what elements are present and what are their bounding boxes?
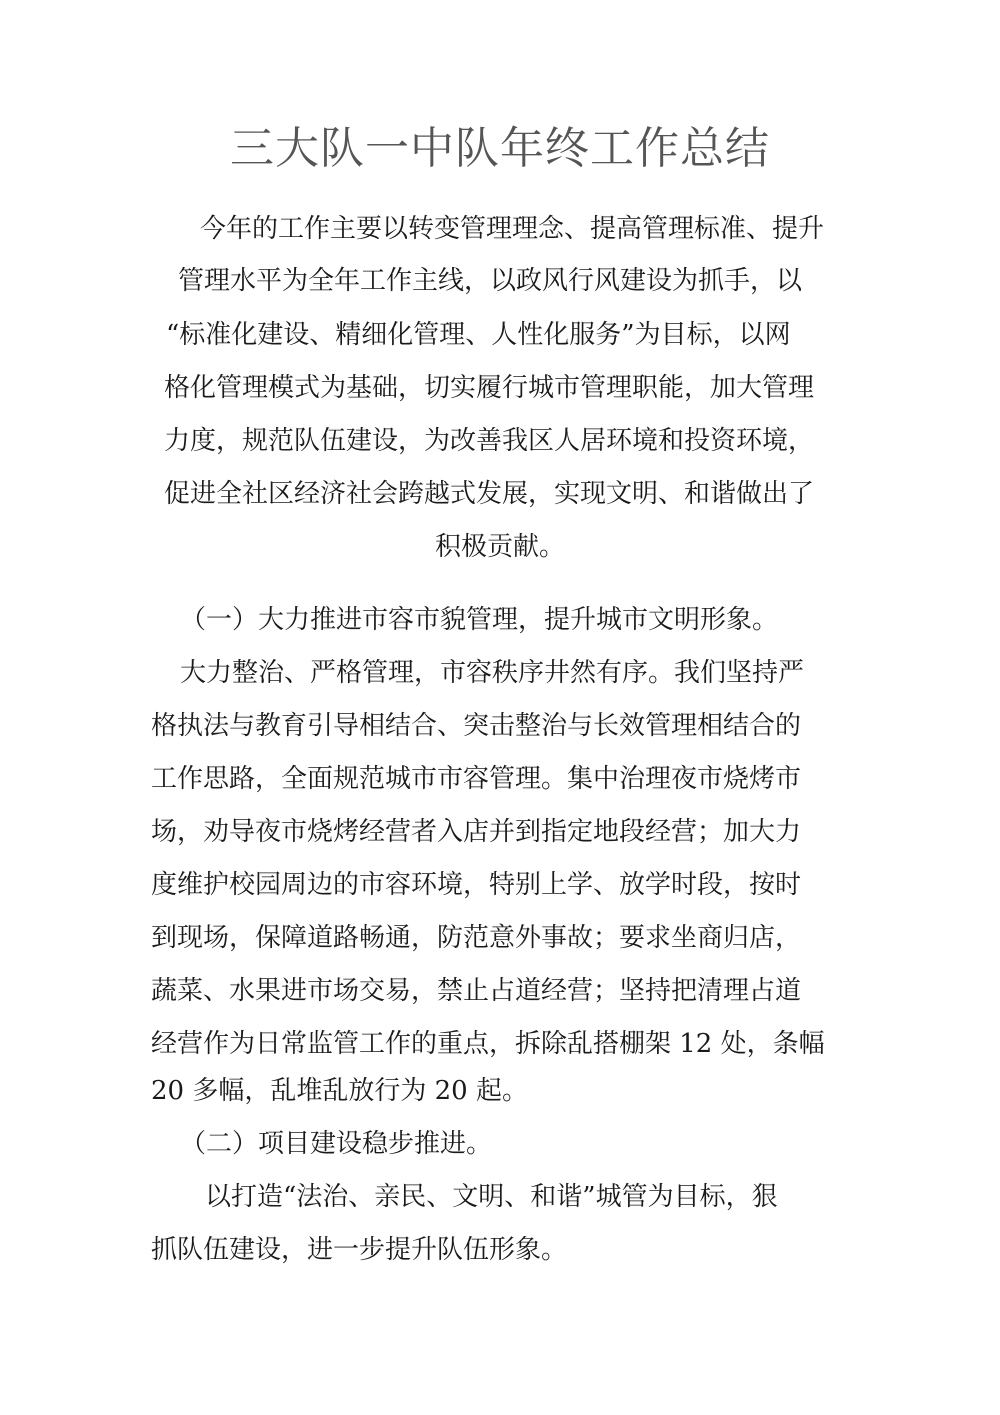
section-line: 以打造“法治、亲民、文明、和谐”城管为目标，狠 xyxy=(205,1184,778,1210)
section-line: 到现场，保障道路畅通，防范意外事故；要求坐商归店， xyxy=(151,925,801,951)
section-line: 20 多幅，乱堆乱放行为 20 起。 xyxy=(151,1078,528,1104)
section-line: 度维护校园周边的市容环境，特别上学、放学时段，按时 xyxy=(151,872,801,898)
section-line: 蔬菜、水果进市场交易，禁止占道经营；坚持把清理占道 xyxy=(151,978,801,1004)
section-line: 格执法与教育引导相结合、突击整治与长效管理相结合的 xyxy=(151,713,801,739)
intro-line: 管理水平为全年工作主线，以政风行风建设为抓手，以 xyxy=(178,268,802,294)
section-line: 大力整治、严格管理，市容秩序井然有序。我们坚持严 xyxy=(180,660,804,686)
section-line: 抓队伍建设，进一步提升队伍形象。 xyxy=(151,1237,567,1263)
section-heading: （二）项目建设稳步推进。 xyxy=(180,1131,492,1157)
document-title: 三大队一中队年终工作总结 xyxy=(0,112,1000,176)
section-line: 场，劝导夜市烧烤经营者入店并到指定地段经营；加大力 xyxy=(151,819,801,845)
section-heading: （一）大力推进市容市貌管理，提升城市文明形象。 xyxy=(180,607,778,633)
intro-line: 今年的工作主要以转变管理理念、提高管理标准、提升 xyxy=(200,216,824,242)
intro-line: 促进全社区经济社会跨越式发展，实现文明、和谐做出了 xyxy=(164,481,814,507)
intro-line: 积极贡献。 xyxy=(0,534,1000,560)
section-line: 经营作为日常监管工作的重点，拆除乱搭棚架 12 处，条幅 xyxy=(151,1031,825,1057)
intro-line: “标准化建设、精细化管理、人性化服务”为目标，以网 xyxy=(166,322,791,348)
intro-line: 格化管理模式为基础，切实履行城市管理职能，加大管理 xyxy=(164,375,814,401)
section-line: 工作思路，全面规范城市市容管理。集中治理夜市烧烤市 xyxy=(151,766,801,792)
intro-line: 力度，规范队伍建设，为改善我区人居环境和投资环境， xyxy=(164,428,814,454)
